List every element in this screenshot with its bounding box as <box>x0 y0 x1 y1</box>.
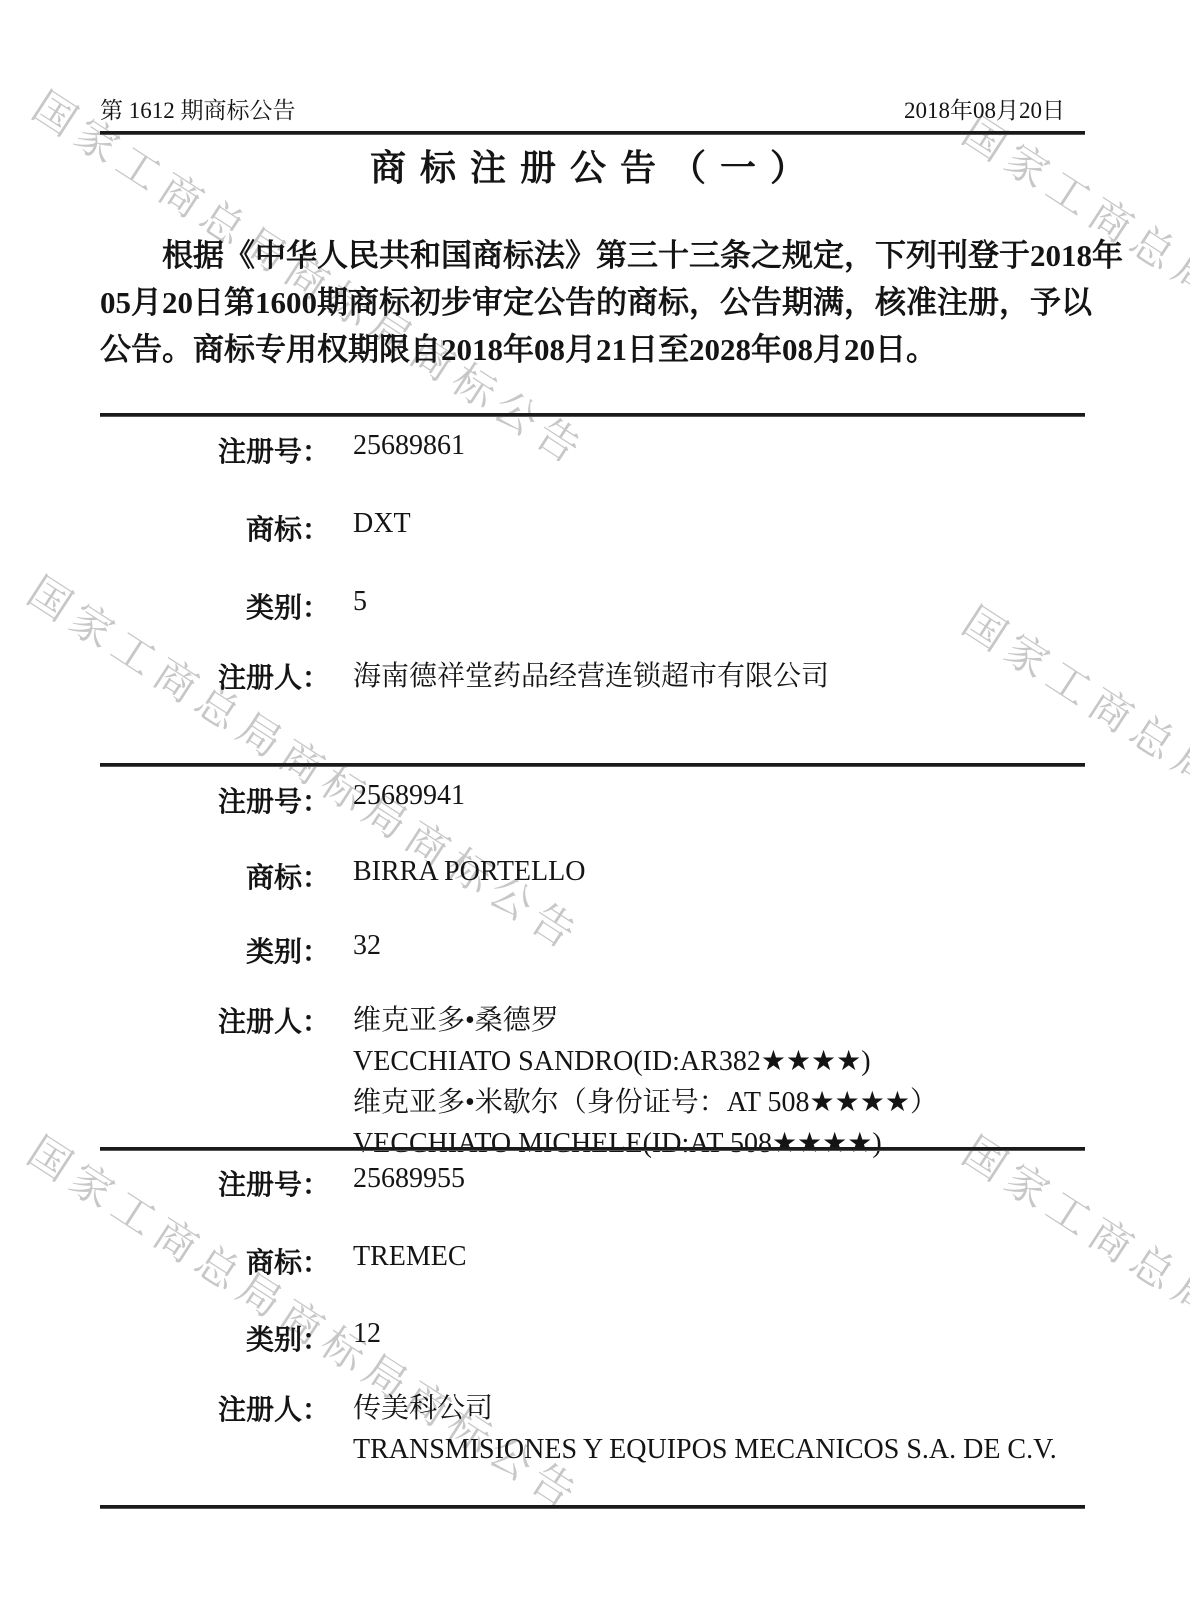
registrant-line: VECCHIATO MICHELE(ID:AT 508★★★★) <box>353 1123 938 1164</box>
registrant-label: 注册人： <box>100 1000 330 1040</box>
registrant-line: VECCHIATO SANDRO(ID:AR382★★★★) <box>353 1041 938 1082</box>
record-separator <box>100 413 1085 417</box>
header-rule <box>100 131 1085 135</box>
page-title: 商标注册公告（一） <box>0 140 1190 191</box>
trademark-label: 商标： <box>100 856 330 896</box>
trademark-value: DXT <box>353 508 411 540</box>
intro-line: 05月20日第1600期商标初步审定公告的商标，公告期满，核准注册，予以 <box>100 285 1095 321</box>
reg-no-label: 注册号： <box>100 780 330 820</box>
category-label: 类别： <box>100 1318 330 1358</box>
bottom-rule <box>100 1505 1085 1509</box>
registrant-line: 维克亚多•桑德罗 <box>353 1000 938 1041</box>
reg-no-value: 25689955 <box>353 1163 465 1195</box>
category-label: 类别： <box>100 586 330 626</box>
registrant-row: 注册人： 海南德祥堂药品经营连锁超市有限公司 <box>100 656 1095 697</box>
registrant-row: 注册人： 维克亚多•桑德罗 VECCHIATO SANDRO(ID:AR382★… <box>100 1000 1095 1164</box>
category-value: 12 <box>353 1318 381 1350</box>
registrant-label: 注册人： <box>100 1388 330 1428</box>
registrant-value: 海南德祥堂药品经营连锁超市有限公司 <box>353 656 829 697</box>
category-label: 类别： <box>100 930 330 970</box>
trademark-row: 商标： DXT <box>100 508 1095 548</box>
reg-no-value: 25689861 <box>353 430 465 462</box>
reg-no-row: 注册号： 25689941 <box>100 780 1095 820</box>
registrant-row: 注册人： 传美科公司 TRANSMISIONES Y EQUIPOS MECAN… <box>100 1388 1095 1470</box>
reg-no-row: 注册号： 25689955 <box>100 1163 1095 1203</box>
trademark-row: 商标： TREMEC <box>100 1241 1095 1281</box>
intro-line: 公告。商标专用权期限自2018年08月21日至2028年08月20日。 <box>100 332 1095 368</box>
category-row: 类别： 12 <box>100 1318 1095 1358</box>
category-value: 5 <box>353 586 367 618</box>
registrant-line: 海南德祥堂药品经营连锁超市有限公司 <box>353 656 829 697</box>
intro-line: 根据《中华人民共和国商标法》第三十三条之规定，下列刊登于2018年 <box>100 238 1157 274</box>
registrant-line: TRANSMISIONES Y EQUIPOS MECANICOS S.A. D… <box>353 1429 1057 1470</box>
category-value: 32 <box>353 930 381 962</box>
registrant-value: 传美科公司 TRANSMISIONES Y EQUIPOS MECANICOS … <box>353 1388 1057 1470</box>
trademark-label: 商标： <box>100 1241 330 1281</box>
category-row: 类别： 5 <box>100 586 1095 626</box>
reg-no-label: 注册号： <box>100 1163 330 1203</box>
registrant-line: 传美科公司 <box>353 1388 1057 1429</box>
issue-number: 第 1612 期商标公告 <box>100 92 296 125</box>
reg-no-row: 注册号： 25689861 <box>100 430 1095 470</box>
registrant-value: 维克亚多•桑德罗 VECCHIATO SANDRO(ID:AR382★★★★) … <box>353 1000 938 1164</box>
registrant-label: 注册人： <box>100 656 330 696</box>
trademark-row: 商标： BIRRA PORTELLO <box>100 856 1095 896</box>
category-row: 类别： 32 <box>100 930 1095 970</box>
issue-date: 2018年08月20日 <box>904 92 1065 125</box>
trademark-label: 商标： <box>100 508 330 548</box>
record-separator <box>100 763 1085 767</box>
record-separator <box>100 1147 1085 1151</box>
trademark-value: BIRRA PORTELLO <box>353 856 585 888</box>
registrant-line: 维克亚多•米歇尔（身份证号：AT 508★★★★） <box>353 1082 938 1123</box>
reg-no-value: 25689941 <box>353 780 465 812</box>
reg-no-label: 注册号： <box>100 430 330 470</box>
gazette-page: 国家工商总局商标局商标公告 国家工商总局商标局商标公告 国家工商总局商标局商标公… <box>0 0 1190 1612</box>
document-content: 第 1612 期商标公告 2018年08月20日 商标注册公告（一） 根据《中华… <box>0 0 1190 1612</box>
trademark-value: TREMEC <box>353 1241 467 1273</box>
